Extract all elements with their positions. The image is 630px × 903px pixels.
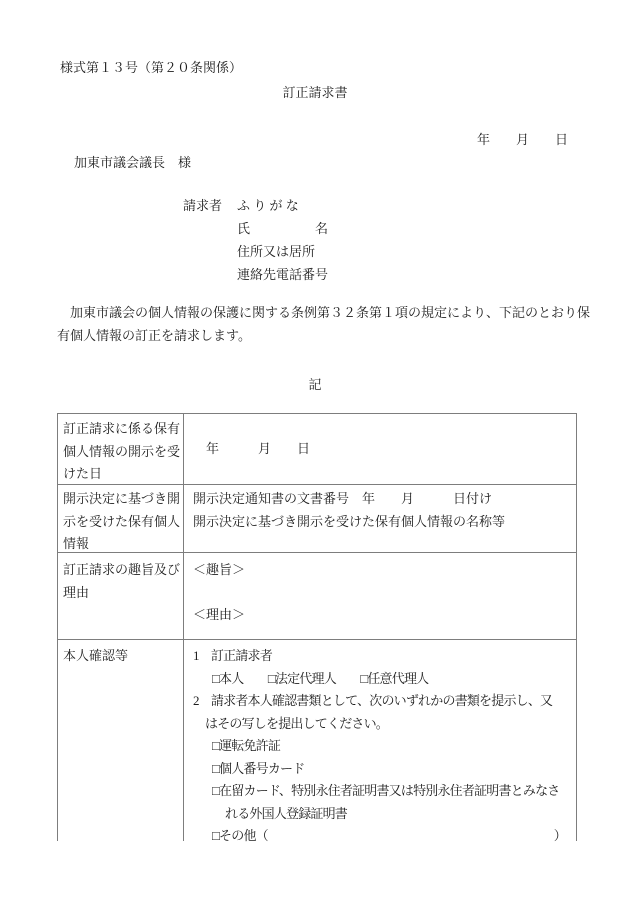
table-row-identity-verification: 本人確認等 1 訂正請求者 □本人 □法定代理人 □任意代理人 2 請求者本人確…: [58, 640, 576, 841]
table-row-purpose-reason: 訂正請求の趣旨及び 理由 ＜趣旨＞ ＜理由＞: [58, 553, 576, 640]
checkbox-other-label: □その他（: [212, 825, 268, 848]
checkbox-mynumber-card: □個人番号カード: [193, 758, 572, 781]
date-fill-in: 年 月 日: [193, 438, 310, 461]
notice-number-line: 開示決定通知書の文書番号 年 月 日付け: [193, 488, 572, 511]
requester-label: 請求者: [183, 194, 222, 217]
document-title: 訂正請求書: [0, 81, 630, 104]
requester-type-heading: 1 訂正請求者: [193, 645, 572, 668]
form-number: 様式第１３号（第２０条関係）: [60, 56, 630, 79]
id-documents-heading: 2 請求者本人確認書類として、次のいずれかの書類を提示し、又: [193, 690, 572, 713]
checkbox-residence-card: □在留カード、特別永住者証明書又は特別永住者証明書とみなさ: [193, 780, 572, 803]
addressee: 加東市議会議長 様: [74, 151, 630, 174]
row-content-cell: 1 訂正請求者 □本人 □法定代理人 □任意代理人 2 請求者本人確認書類として…: [184, 640, 576, 841]
row-label-cell: 開示決定に基づき開 示を受けた保有個人 情報: [58, 485, 184, 552]
row-label-line: 示を受けた保有個人: [63, 511, 180, 534]
request-details-table: 訂正請求に係る保有 個人情報の開示を受 けた日 年 月 日 開示決定に基づき開 …: [57, 413, 577, 841]
row-label-line: 訂正請求に係る保有: [63, 418, 180, 441]
record-marker: 記: [0, 373, 630, 396]
row-content-cell: 開示決定通知書の文書番号 年 月 日付け 開示決定に基づき開示を受けた保有個人情…: [184, 485, 576, 552]
table-row-disclosure-date: 訂正請求に係る保有 個人情報の開示を受 けた日 年 月 日: [58, 414, 576, 485]
row-label-line: 訂正請求の趣旨及び: [63, 559, 180, 582]
table-row-disclosed-info: 開示決定に基づき開 示を受けた保有個人 情報 開示決定通知書の文書番号 年 月 …: [58, 485, 576, 553]
row-label-line: 個人情報の開示を受: [63, 441, 180, 464]
body-paragraph-line: 加東市議会の個人情報の保護に関する条例第３２条第１項の規定により、下記のとおり保: [57, 301, 630, 324]
checkbox-other: □その他（ ）: [193, 825, 572, 848]
blank-line: [193, 582, 572, 605]
checkbox-other-close-paren: ）: [554, 825, 566, 848]
row-label-line: 本人確認等: [63, 645, 180, 668]
row-label-cell: 訂正請求の趣旨及び 理由: [58, 553, 184, 639]
requester-type-checkboxes: □本人 □法定代理人 □任意代理人: [193, 668, 572, 691]
row-label-line: 開示決定に基づき開: [63, 488, 180, 511]
row-label-line: 理由: [63, 582, 180, 605]
checkbox-drivers-license: □運転免許証: [193, 735, 572, 758]
row-label-cell: 本人確認等: [58, 640, 184, 841]
info-name-line: 開示決定に基づき開示を受けた保有個人情報の名称等: [193, 511, 572, 534]
name-field-label: 氏 名: [237, 217, 630, 240]
row-label-line: けた日: [63, 463, 180, 486]
row-content-cell: 年 月 日: [184, 414, 576, 484]
id-documents-heading-cont: はその写しを提出してください。: [193, 713, 572, 736]
row-content-cell: ＜趣旨＞ ＜理由＞: [184, 553, 576, 639]
purpose-heading: ＜趣旨＞: [193, 559, 572, 582]
row-label-cell: 訂正請求に係る保有 個人情報の開示を受 けた日: [58, 414, 184, 484]
date-placeholder: 年 月 日: [0, 128, 630, 151]
body-paragraph: 加東市議会の個人情報の保護に関する条例第３２条第１項の規定により、下記のとおり保…: [57, 301, 630, 347]
body-paragraph-line: 有個人情報の訂正を請求します。: [57, 324, 630, 347]
address-field-label: 住所又は居所: [237, 240, 630, 263]
checkbox-residence-card-cont: れる外国人登録証明書: [193, 803, 572, 826]
requester-block: 請求者 ふ り が な 氏 名 住所又は居所 連絡先電話番号: [0, 194, 630, 286]
reason-heading: ＜理由＞: [193, 604, 572, 627]
document-page: 様式第１３号（第２０条関係） 訂正請求書 年 月 日 加東市議会議長 様 請求者…: [0, 0, 630, 903]
furigana-field-label: ふ り が な: [237, 194, 630, 217]
phone-field-label: 連絡先電話番号: [237, 263, 630, 286]
